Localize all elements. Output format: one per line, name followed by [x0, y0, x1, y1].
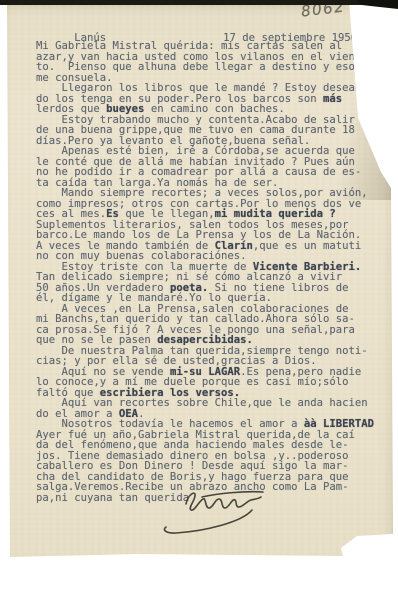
- scanned-letter: 8062 Lanús17 de septiembre 1956 Mi Gabri…: [0, 0, 398, 600]
- letter-lines: Mi Gabriela Mistral quérida: mis cartas …: [36, 41, 374, 503]
- signature: [148, 486, 298, 546]
- signature-scrawl: [148, 486, 298, 546]
- letter-paper: 8062 Lanús17 de septiembre 1956 Mi Gabri…: [0, 0, 398, 600]
- scanner-edge-corner: [356, 0, 398, 9]
- bottom-left-smudge: [0, 538, 7, 569]
- scanner-edge-strip: [0, 0, 398, 5]
